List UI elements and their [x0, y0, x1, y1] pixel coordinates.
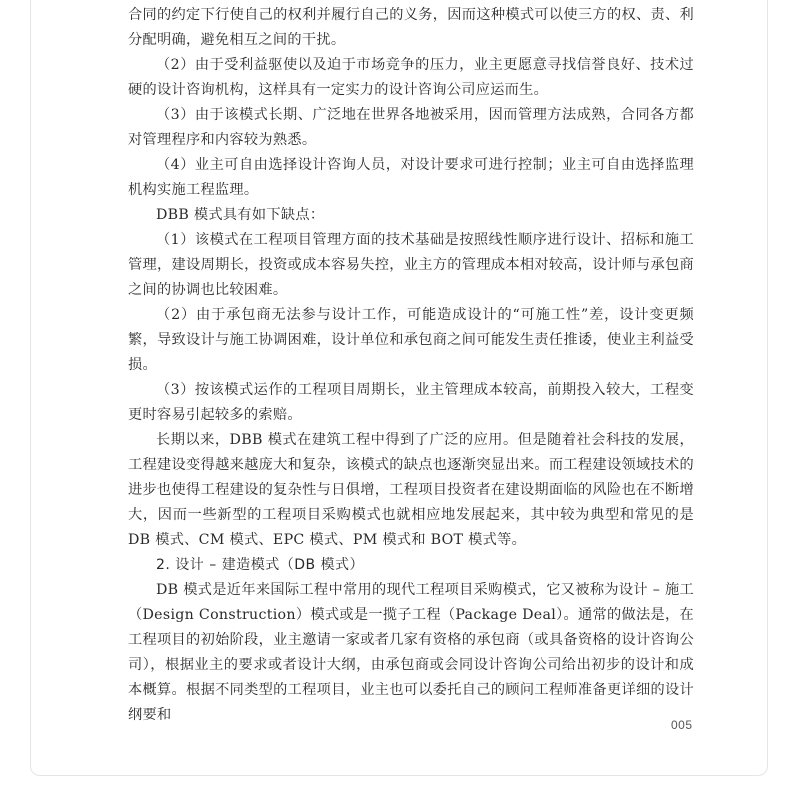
paragraph-advantage-3: （3）由于该模式长期、广泛地在世界各地被采用，因而管理方法成熟，合同各方都对管理… [128, 103, 694, 153]
paragraph-advantage-2: （2）由于受利益驱使以及迫于市场竞争的压力，业主更愿意寻找信誉良好、技术过硬的设… [128, 53, 694, 103]
paragraph-advantage-4: （4）业主可自由选择设计咨询人员，对设计要求可进行控制；业主可自由选择监理机构实… [128, 153, 694, 203]
paragraph-dbb-summary: 长期以来，DBB 模式在建筑工程中得到了广泛的应用。但是随着社会科技的发展，工程… [128, 428, 694, 553]
paragraph-continuation: 合同的约定下行使自己的权利并履行自己的义务，因而这种模式可以使三方的权、责、利分… [128, 3, 694, 53]
paragraph-disadvantages-intro: DBB 模式具有如下缺点： [128, 203, 694, 228]
paragraph-disadvantage-3: （3）按该模式运作的工程项目周期长，业主管理成本较高，前期投入较大，工程变更时容… [128, 378, 694, 428]
page-number: 005 [671, 718, 693, 732]
paragraph-disadvantage-1: （1）该模式在工程项目管理方面的技术基础是按照线性顺序进行设计、招标和施工管理，… [128, 228, 694, 303]
paragraph-disadvantage-2: （2）由于承包商无法参与设计工作，可能造成设计的“可施工性”差，设计变更频繁，导… [128, 303, 694, 378]
section-heading: 2. 设计 – 建造模式（DB 模式） [128, 553, 694, 578]
paragraph-db-mode: DB 模式是近年来国际工程中常用的现代工程项目采购模式，它又被称为设计 – 施工… [128, 578, 694, 728]
document-body: 合同的约定下行使自己的权利并履行自己的义务，因而这种模式可以使三方的权、责、利分… [128, 3, 694, 728]
